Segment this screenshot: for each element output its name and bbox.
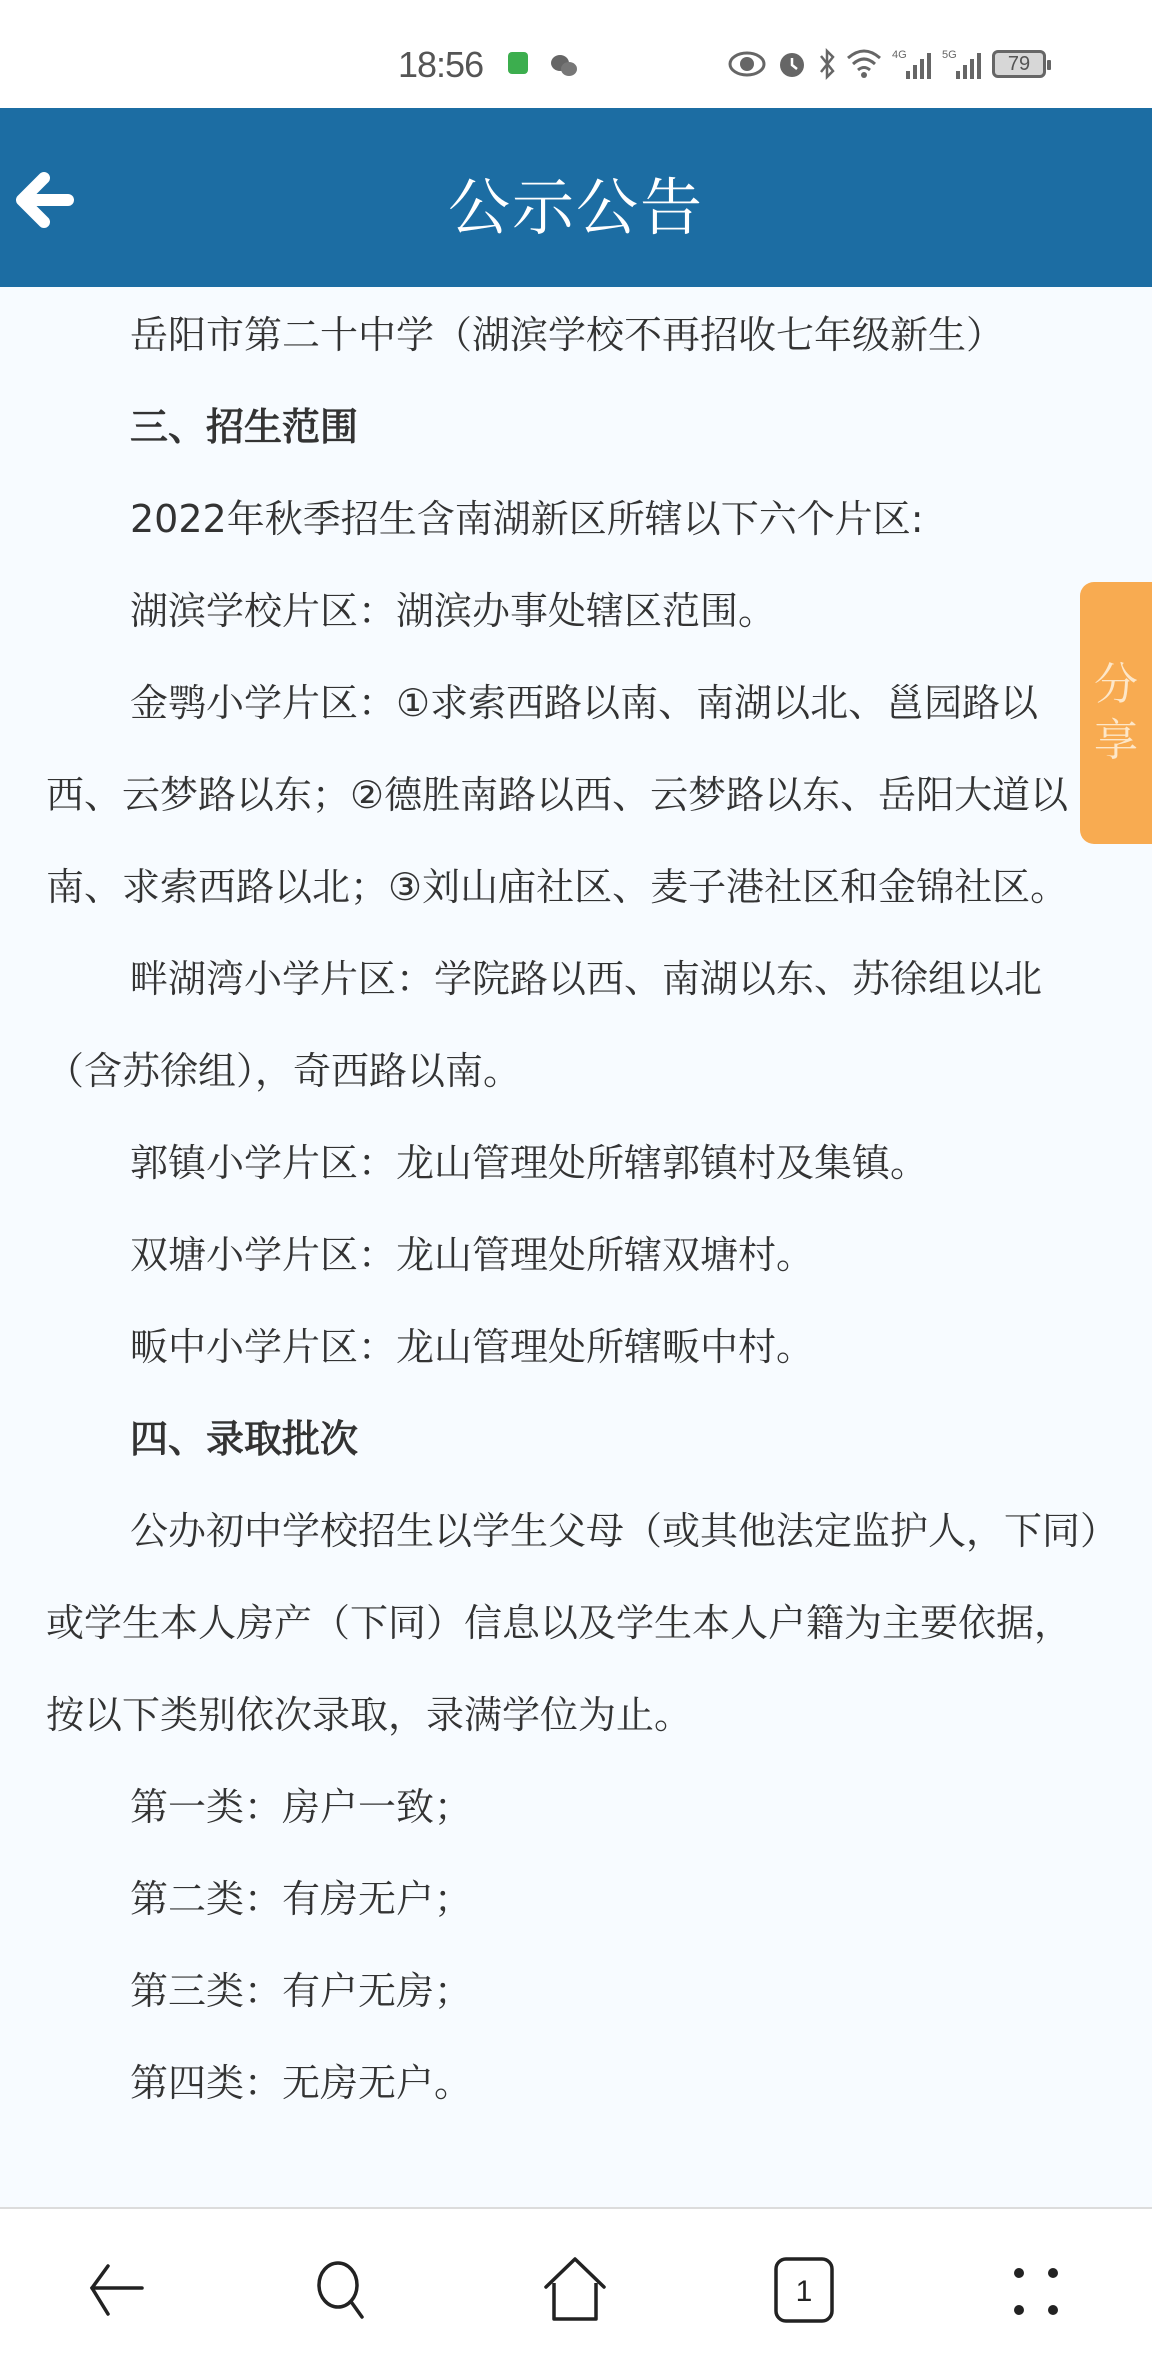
article-paragraph: 双塘小学片区：龙山管理处所辖双塘村。 [0,1209,1152,1301]
browser-search-button[interactable] [298,2245,388,2335]
bluetooth-icon [818,47,836,81]
article-paragraph: 郭镇小学片区：龙山管理处所辖郭镇村及集镇。 [0,1117,1152,1209]
eye-icon [728,50,766,78]
status-icons: 4G 5G 79 [728,46,1046,82]
app-notification-icon [508,52,528,74]
article-paragraph: 金鹗小学片区：①求索西路以南、南湖以北、邕园路以西、云梦路以东；②德胜南路以西、… [0,657,1152,933]
article-paragraph: 湖滨学校片区：湖滨办事处辖区范围。 [0,565,1152,657]
status-time: 18:56 [398,44,483,86]
browser-back-button[interactable] [70,2245,160,2335]
section-heading: 三、招生范围 [0,381,1152,473]
article-paragraph: 畈中小学片区：龙山管理处所辖畈中村。 [0,1301,1152,1393]
browser-bottom-bar: 1 [0,2207,1152,2376]
browser-home-button[interactable] [530,2245,620,2335]
search-icon [308,2255,378,2325]
browser-menu-button[interactable] [991,2245,1081,2335]
back-arrow-icon [80,2260,150,2320]
article-content[interactable]: 岳阳市第二十中学（湖滨学校不再招收七年级新生） 三、招生范围 2022年秋季招生… [0,287,1152,2207]
article-paragraph: 第二类：有房无户； [0,1853,1152,1945]
article-paragraph: 第三类：有户无房； [0,1945,1152,2037]
app-header: 公示公告 [0,108,1152,287]
battery-indicator: 79 [992,50,1046,78]
share-button[interactable]: 分 享 [1080,582,1152,844]
signal-5g-icon: 5G [942,47,982,81]
share-label-char: 享 [1094,713,1138,769]
article-paragraph: 畔湖湾小学片区：学院路以西、南湖以东、苏徐组以北（含苏徐组），奇西路以南。 [0,933,1152,1117]
alarm-icon [776,48,808,80]
article-body: 岳阳市第二十中学（湖滨学校不再招收七年级新生） 三、招生范围 2022年秋季招生… [0,287,1152,2129]
svg-text:1: 1 [796,2275,813,2308]
article-paragraph: 公办初中学校招生以学生父母（或其他法定监护人，下同）或学生本人房产（下同）信息以… [0,1485,1152,1761]
tabs-icon: 1 [769,2255,839,2325]
wechat-icon [550,54,578,78]
section-heading: 四、录取批次 [0,1393,1152,1485]
article-paragraph: 2022年秋季招生含南湖新区所辖以下六个片区: [0,473,1152,565]
signal-4g-icon: 4G [892,47,932,81]
status-bar: 18:56 4G 5G [0,0,1152,108]
article-paragraph: 岳阳市第二十中学（湖滨学校不再招收七年级新生） [0,289,1152,381]
svg-text:5G: 5G [942,49,957,61]
wifi-icon [846,48,882,80]
share-label-char: 分 [1094,657,1138,713]
browser-tabs-button[interactable]: 1 [759,2245,849,2335]
home-icon [540,2255,610,2325]
page-title: 公示公告 [0,158,1152,247]
article-paragraph: 第四类：无房无户。 [0,2037,1152,2129]
article-paragraph: 第一类：房户一致； [0,1761,1152,1853]
menu-dots-icon [1001,2255,1071,2325]
battery-level: 79 [1008,53,1030,76]
svg-text:4G: 4G [892,49,907,61]
